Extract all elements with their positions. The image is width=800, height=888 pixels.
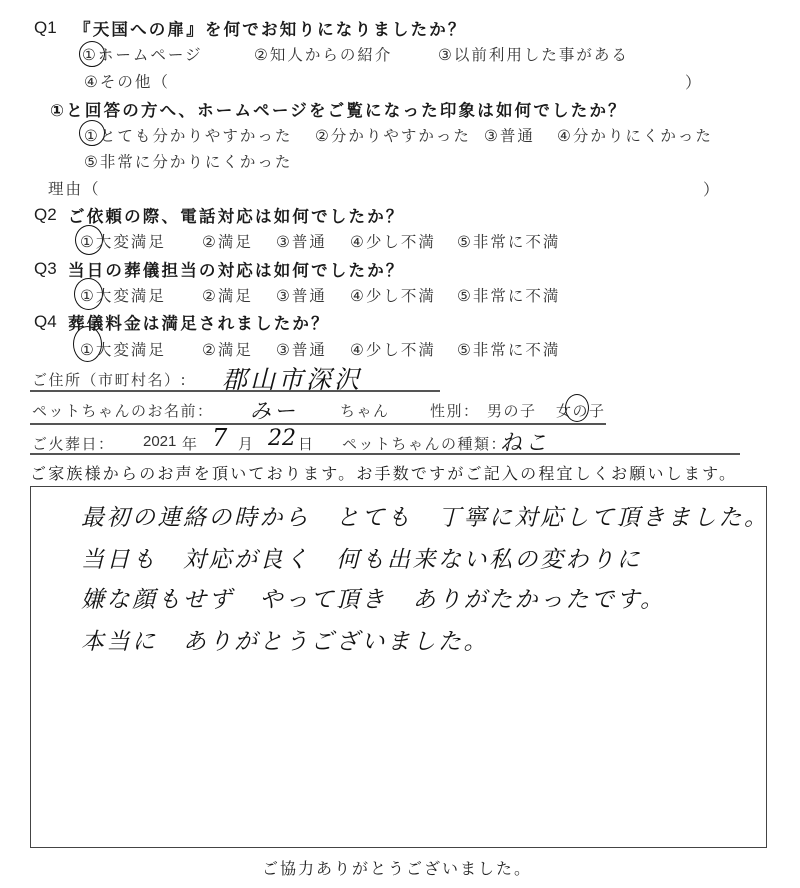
q3-option-5[interactable]: ⑤非常に不満 [457, 284, 560, 306]
q4-option-5[interactable]: ⑤非常に不満 [457, 338, 560, 360]
species-label: ペットちゃんの種類： [342, 433, 507, 454]
q4-question: 葬儀料金は満足されましたか？ [68, 310, 330, 334]
pet-name-label: ペットちゃんのお名前： [32, 400, 214, 421]
comment-textarea[interactable]: 最初の連絡の時から とても 丁寧に対応して頂きました。 当日も 対応が良く 何も… [30, 486, 767, 848]
pet-name-suffix: ちゃん [340, 400, 390, 421]
q3-option-3[interactable]: ③普通 [276, 284, 327, 306]
cremation-year[interactable]: 2021 [143, 433, 176, 450]
comment-prompt: ご家族様からのお声を頂いております。お手数ですがご記入の程宜しくお願いします。 [30, 461, 737, 484]
month-suffix: 月 [238, 433, 255, 454]
q1-option-2[interactable]: ②知人からの紹介 [254, 43, 392, 65]
cremation-day[interactable]: 22 [268, 426, 296, 451]
gender-option-male[interactable]: 男の子 [487, 400, 537, 421]
reason-close-paren: ） [703, 177, 719, 200]
comment-line: 最初の連絡の時から とても 丁寧に対応して頂きました。 [81, 499, 770, 532]
q2-option-4[interactable]: ④少し不満 [350, 230, 436, 252]
q2-option-5[interactable]: ⑤非常に不満 [457, 230, 560, 252]
q2-option-2[interactable]: ②満足 [202, 230, 253, 252]
address-underline [30, 390, 440, 392]
pet-name-value[interactable]: みー [250, 395, 298, 425]
comment-line: 本当に ありがとうございました。 [81, 623, 489, 656]
pet-name-underline [30, 423, 606, 425]
q3-option-4[interactable]: ④少し不満 [350, 284, 436, 306]
selection-circle-icon [565, 394, 589, 422]
q1-option-3[interactable]: ③以前利用した事がある [438, 43, 629, 65]
q3-option-2[interactable]: ②満足 [202, 284, 253, 306]
cremation-month[interactable]: 7 [212, 424, 230, 452]
cremation-date-label: ご火葬日： [32, 433, 115, 454]
q4-option-3[interactable]: ③普通 [276, 338, 327, 360]
q1-option-4[interactable]: ④その他（ [84, 70, 170, 92]
q1-sub-option-3[interactable]: ③普通 [484, 124, 535, 146]
q4-option-4[interactable]: ④少し不満 [350, 338, 436, 360]
q1-sub-option-5[interactable]: ⑤非常に分かりにくかった [84, 150, 292, 172]
q4-option-1[interactable]: ①大変満足 [80, 338, 166, 360]
gender-label: 性別： [430, 400, 480, 421]
q2-question: ご依頼の際、電話対応は如何でしたか？ [68, 203, 405, 227]
q1-sub-option-4[interactable]: ④分かりにくかった [557, 124, 713, 146]
q3-option-1[interactable]: ①大変満足 [80, 284, 166, 306]
q2-option-1[interactable]: ①大変満足 [80, 230, 166, 252]
comment-line: 嫌な顔もせず やって頂き ありがたかったです。 [81, 581, 666, 614]
q2-number: Q2 [34, 205, 57, 225]
day-suffix: 日 [298, 433, 315, 454]
q1-question: 『天国への扉』を何でお知りになりましたか？ [74, 16, 467, 40]
q1-other-close-paren: ） [685, 70, 701, 93]
q4-number: Q4 [34, 312, 57, 332]
q1-sub-option-2[interactable]: ②分かりやすかった [315, 124, 471, 146]
q4-option-2[interactable]: ②満足 [202, 338, 253, 360]
footer-thanks: ご協力ありがとうございました。 [262, 856, 532, 879]
q1-number: Q1 [34, 18, 57, 38]
q1-sub-option-1[interactable]: ①とても分かりやすかった [84, 124, 292, 146]
reason-label: 理由（ [48, 177, 101, 199]
q2-option-3[interactable]: ③普通 [276, 230, 327, 252]
q1-option-1[interactable]: ①ホームページ [82, 43, 203, 65]
year-suffix: 年 [182, 433, 199, 454]
q3-number: Q3 [34, 259, 57, 279]
address-label: ご住所（市町村名）: [32, 369, 187, 390]
comment-line: 当日も 対応が良く 何も出来ない私の変わりに [81, 541, 642, 574]
q1-sub-question: ①と回答の方へ、ホームページをご覧になった印象は如何でしたか？ [50, 97, 627, 121]
q3-question: 当日の葬儀担当の対応は如何でしたか？ [68, 257, 405, 281]
date-species-underline [30, 453, 740, 455]
